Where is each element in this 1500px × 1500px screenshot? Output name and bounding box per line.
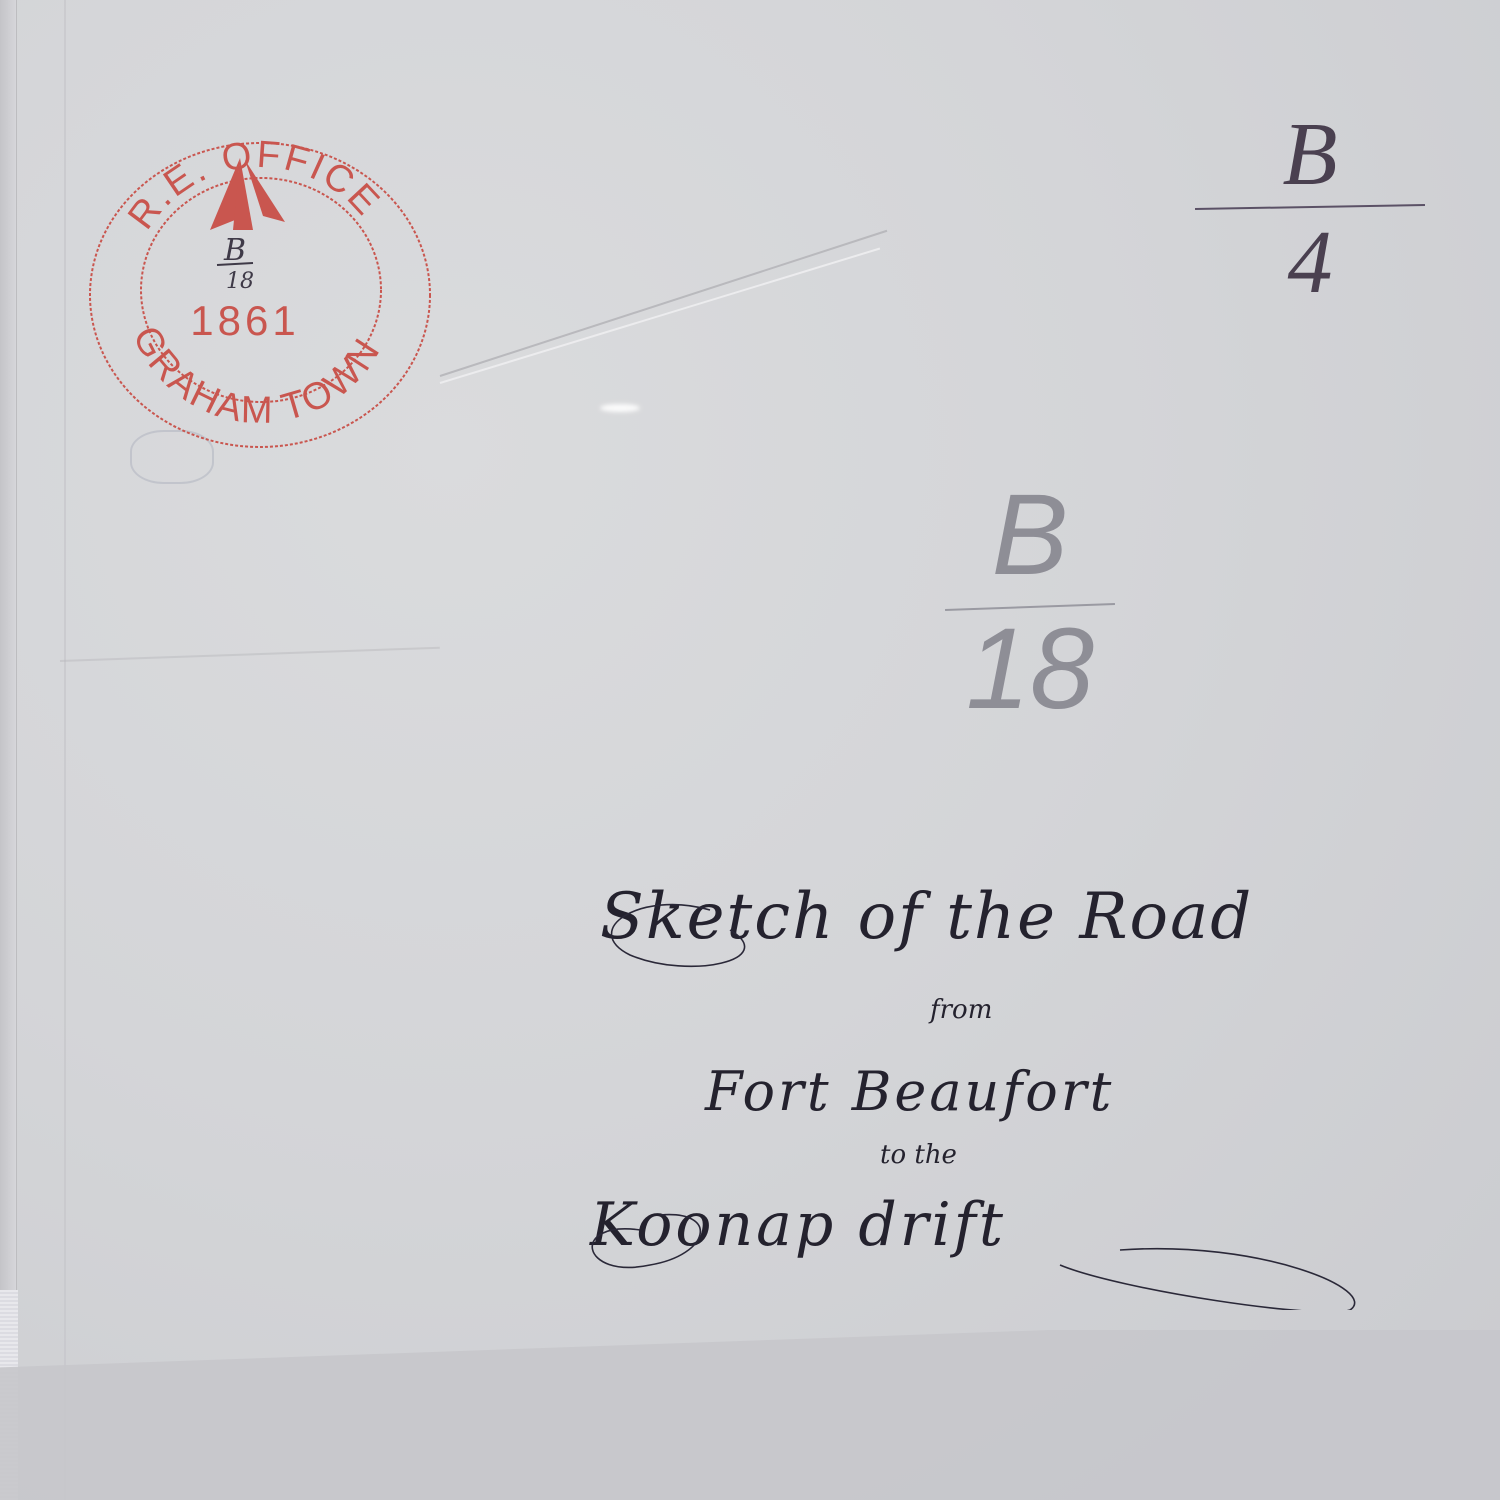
light-glare <box>600 404 640 412</box>
title-line-3: Fort Beaufort <box>705 1060 1114 1123</box>
fold-line <box>64 0 66 1500</box>
ink-ref-divider <box>1195 204 1425 210</box>
title-line-4: to the <box>880 1140 957 1170</box>
stamp-graphic: R.E. OFFICE GRAHAM TOWN B 18 1861 <box>85 130 435 450</box>
pencil-ref-top: B <box>945 480 1115 590</box>
pencil-ref-bottom: 18 <box>945 614 1115 724</box>
stamp-ref-bottom: 18 <box>226 269 254 294</box>
title-line-1: Sketch of the Road <box>600 880 1253 954</box>
ink-ref-top: B <box>1195 110 1425 200</box>
ink-ref-bottom: 4 <box>1195 218 1425 308</box>
ink-reference: B 4 <box>1195 110 1425 308</box>
re-office-stamp: R.E. OFFICE GRAHAM TOWN B 18 1861 <box>85 130 435 450</box>
pencil-reference: B 18 <box>945 480 1115 724</box>
binding-edge <box>0 0 17 1500</box>
title-line-2: from <box>930 995 992 1025</box>
title-line-5: Koonap drift <box>590 1190 1006 1260</box>
stamp-year: 1861 <box>190 297 299 344</box>
